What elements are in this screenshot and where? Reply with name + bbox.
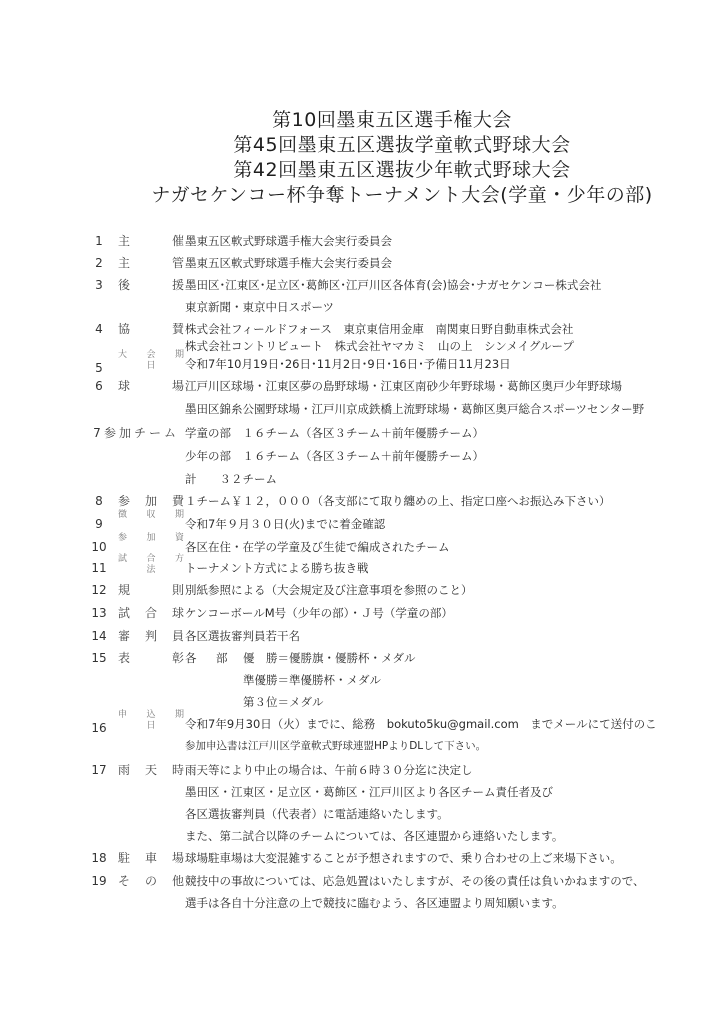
item-number: 1 [88,231,110,251]
item-6: 6 球場 江戸川区球場・江東区夢の島野球場・江東区南砂少年野球場・葛飾区奥戸少年… [0,376,724,396]
item-number: 2 [88,253,110,273]
item-label: 表彰 [118,648,184,668]
item-number: 5 [88,358,110,378]
label-char: 参 [118,533,127,544]
item-value: 墨田区錦糸公園野球場・江戸川京成鉄橋上流野球場・葛飾区奥戸総合スポーツセンター野 [185,399,644,419]
label-char: 試 [118,554,127,565]
item-17-line-2: 墨田区・江東区・足立区・葛飾区・江戸川区より各区チーム責任者及び [0,782,724,802]
label-char: 法 [146,565,155,576]
item-label: その他 [118,871,184,891]
item-value: 少年の部 １６チーム（各区３チーム＋前年優勝チーム） [185,446,484,466]
label-char: 援 [172,275,184,295]
label-char: 球 [118,376,130,396]
label-char: 駐 [118,848,130,868]
item-value: 計 ３２チーム [185,469,277,489]
label-char: 員 [172,626,184,646]
item-value: 競技中の事故については、応急処置はいたしますが、その後の責任は負いかねますので、 [185,871,645,891]
item-15-line-2: 準優勝＝準優勝杯・メダル [0,670,724,690]
item-label: 参加費 [118,491,184,511]
item-list: 1 主催 墨東五区軟式野球選手権大会実行委員会 2 主管 墨東五区軟式野球選手権… [0,0,724,1024]
item-value: 墨田区・江東区・足立区・葛飾区・江戸川区より各区チーム責任者及び [185,782,553,802]
item-number: 19 [88,871,110,891]
label-char: 徴 [118,510,127,521]
item-label: 試合球 [118,603,184,623]
item-value: 令和7年９月３０日(火)までに着金確認 [185,514,385,534]
item-number: 9 [88,514,110,534]
label-char: 試 [118,603,130,623]
item-3: 3 後援 墨田区･江東区･足立区･葛飾区･江戸川区各体育(会)協会･ナガセケンコ… [0,275,724,295]
label-char: 期 [175,350,184,361]
item-value: 選手は各自十分注意の上で競技に臨むよう、各区連盟より周知願います。 [185,893,564,913]
item-8: 8 参加費 １チーム￥１２，０００（各支部にて取り纏めの上、指定口座へお振込み下… [0,491,724,511]
label-char: 球 [172,603,184,623]
item-value: 球場駐車場は大変混雑することが予想されますので、乗り合わせの上ご来場下さい。 [185,848,622,868]
item-value: 第３位＝メダル [243,692,324,712]
item-value: 優 勝＝優勝旗・優勝杯・メダル [243,648,416,668]
item-label: 主管 [118,253,184,273]
item-11: 11 試合方 法 トーナメント方式による勝ち抜き戦 [0,558,724,578]
label-char: 合 [146,554,155,565]
item-5: 5 大会期 日 令和7年10月19日･26日･11月2日･9日･16日･予備日1… [0,354,724,374]
item-number: 16 [88,718,110,738]
label-char: 日 [146,361,155,372]
label-char: 天 [145,760,157,780]
item-number: 13 [88,603,110,623]
label-char: 表 [118,648,130,668]
item-16-line-2: 参加申込書は江戸川区学童軟式野球連盟HPよりDLして下さい。 [0,736,724,756]
label-char: 審 [118,626,130,646]
item-number: 18 [88,848,110,868]
item-value: トーナメント方式による勝ち抜き戦 [185,558,369,578]
item-value: 各区在住・在学の学童及び生徒で編成されたチーム [185,537,450,557]
item-value: ケンコーボールM号（少年の部）・Ｊ号（学童の部） [185,603,453,623]
label-char: の [145,871,157,891]
label-char: 大 [118,350,127,361]
item-value: 株式会社コントリビュート 株式会社ヤマカミ 山の上 シンメイグループ [185,336,574,356]
item-label: 参加チーム [104,423,180,443]
item-value: 各区選抜審判員（代表者）に電話連絡いたします。 [185,804,449,824]
label-char: 費 [172,491,184,511]
item-label: 試合方 法 [118,554,184,576]
item-4-line-2: 株式会社コントリビュート 株式会社ヤマカミ 山の上 シンメイグループ [0,336,724,356]
item-number: 10 [88,537,110,557]
label-char: 後 [118,275,130,295]
item-value: 雨天等により中止の場合は、午前６時３０分迄に決定し [185,760,473,780]
label-char: 催 [172,231,184,251]
label-char: 会 [146,350,155,361]
item-value: １チーム￥１２，０００（各支部にて取り纏めの上、指定口座へお振込み下さい） [185,491,611,511]
item-value: 令和7年10月19日･26日･11月2日･9日･16日･予備日11月23日 [185,354,511,374]
label-char: 申 [118,710,127,721]
item-value: 参加申込書は江戸川区学童軟式野球連盟HPよりDLして下さい。 [185,736,486,756]
item-value: 墨田区･江東区･足立区･葛飾区･江戸川区各体育(会)協会･ナガセケンコー株式会社 [185,275,601,295]
label-char: 時 [172,760,184,780]
item-7-line-3: 計 ３２チーム [0,469,724,489]
label-char: 期 [175,510,184,521]
item-label: 雨天時 [118,760,184,780]
item-2: 2 主管 墨東五区軟式野球選手権大会実行委員会 [0,253,724,273]
label-char: 方 [175,554,184,565]
item-19-line-2: 選手は各自十分注意の上で競技に臨むよう、各区連盟より周知願います。 [0,893,724,913]
item-label: 大会期 日 [118,350,184,372]
item-number: 8 [88,491,110,511]
label-char: 管 [172,253,184,273]
item-9: 9 徴収期 令和7年９月３０日(火)までに着金確認 [0,514,724,534]
item-value: 準優勝＝準優勝杯・メダル [243,670,381,690]
item-7-line-2: 少年の部 １６チーム（各区３チーム＋前年優勝チーム） [0,446,724,466]
item-19: 19 その他 競技中の事故については、応急処置はいたしますが、その後の責任は負い… [0,871,724,891]
item-12: 12 規則 別紙参照による（大会規定及び注意事項を参照のこと） [0,580,724,600]
label-char: 則 [172,580,184,600]
item-1: 1 主催 墨東五区軟式野球選手権大会実行委員会 [0,231,724,251]
item-label: 徴収期 [118,510,184,521]
label-char: 日 [146,721,155,732]
item-15: 15 表彰 各 部 優 勝＝優勝旗・優勝杯・メダル [0,648,724,668]
label-char: 収 [146,510,155,521]
label-char: 資 [175,533,184,544]
item-number: 11 [88,558,110,578]
label-char: 規 [118,580,130,600]
item-value: 学童の部 １６チーム（各区３チーム＋前年優勝チーム） [185,423,484,443]
label-char: 主 [118,253,130,273]
item-7: 7 参加チーム 学童の部 １６チーム（各区３チーム＋前年優勝チーム） [0,423,724,443]
item-label: 参加資 [118,533,184,544]
label-char: 雨 [118,760,130,780]
item-value: また、第二試合以降のチームについては、各区連盟から連絡いたします。 [185,826,563,846]
item-label: 審判員 [118,626,184,646]
item-number: 12 [88,580,110,600]
item-17-line-4: また、第二試合以降のチームについては、各区連盟から連絡いたします。 [0,826,724,846]
label-char: 他 [172,871,184,891]
item-17-line-3: 各区選抜審判員（代表者）に電話連絡いたします。 [0,804,724,824]
item-value: 墨東五区軟式野球選手権大会実行委員会 [185,253,392,273]
item-6-line-2: 墨田区錦糸公園野球場・江戸川京成鉄橋上流野球場・葛飾区奥戸総合スポーツセンター野 [0,399,724,419]
item-number: 17 [88,760,110,780]
label-char: 加 [145,491,157,511]
item-16: 16 申込期 日 令和7年9月30日（火）までに、総務 bokuto5ku@gm… [0,714,724,734]
item-number: 6 [88,376,110,396]
item-value: 江戸川区球場・江東区夢の島野球場・江東区南砂少年野球場・葛飾区奥戸少年野球場 [185,376,622,396]
item-value: 墨東五区軟式野球選手権大会実行委員会 [185,231,392,251]
item-value: 令和7年9月30日（火）までに、総務 bokuto5ku@gmail.com ま… [185,714,657,734]
label-char: 合 [145,603,157,623]
label-char: 期 [175,710,184,721]
label-char: 場 [172,848,184,868]
item-number: 15 [88,648,110,668]
item-number: 7 [90,423,104,443]
item-13: 13 試合球 ケンコーボールM号（少年の部）・Ｊ号（学童の部） [0,603,724,623]
item-18: 18 駐車場 球場駐車場は大変混雑することが予想されますので、乗り合わせの上ご来… [0,848,724,868]
item-label: 主催 [118,231,184,251]
label-char: そ [118,871,130,891]
label-char: 加 [146,533,155,544]
item-number: 14 [88,626,110,646]
label-char: 込 [146,710,155,721]
item-15-line-3: 第３位＝メダル [0,692,724,712]
item-value: 別紙参照による（大会規定及び注意事項を参照のこと） [185,580,473,600]
item-label: 後援 [118,275,184,295]
item-label: 申込期 日 [118,710,184,732]
item-label: 駐車場 [118,848,184,868]
label-char: 車 [145,848,157,868]
item-10: 10 参加資 各区在住・在学の学童及び生徒で編成されたチーム [0,537,724,557]
label-char: 彰 [172,648,184,668]
item-label: 球場 [118,376,184,396]
label-char: 参 [118,491,130,511]
item-17: 17 雨天時 雨天等により中止の場合は、午前６時３０分迄に決定し [0,760,724,780]
item-3-line-2: 東京新聞・東京中日スポーツ [0,297,724,317]
item-label: 規則 [118,580,184,600]
item-value: 東京新聞・東京中日スポーツ [185,297,334,317]
label-char: 主 [118,231,130,251]
item-value: 各区選抜審判員若干名 [185,626,300,646]
item-14: 14 審判員 各区選抜審判員若干名 [0,626,724,646]
item-sub-label: 各 部 [185,648,232,668]
item-number: 3 [88,275,110,295]
label-char: 判 [145,626,157,646]
label-char: 場 [172,376,184,396]
